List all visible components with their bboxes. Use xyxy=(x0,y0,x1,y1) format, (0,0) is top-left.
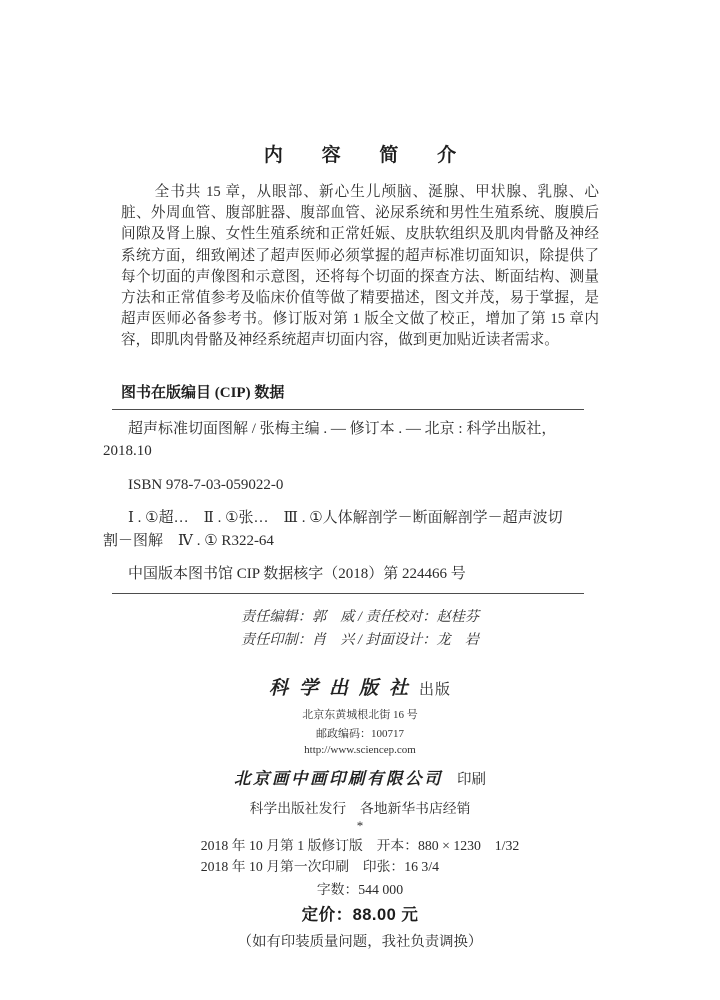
publisher-name: 科学出版社 xyxy=(269,678,419,699)
publisher-address: 北京东黄城根北街 16 号 xyxy=(0,706,720,722)
cip-divider-bottom xyxy=(112,593,584,594)
cip-date-line: 2018.10 xyxy=(103,440,630,463)
content-intro-title: 内 容 简 介 xyxy=(0,0,720,167)
wordcount-line: 字数：544 000 xyxy=(0,878,720,898)
cip-title-line: 超声标准切面图解 / 张梅主编 . — 修订本 . — 北京 : 科学出版社， xyxy=(128,418,630,441)
cip-divider-top xyxy=(112,409,584,410)
cip-isbn-line: ISBN 978-7-03-059022-0 xyxy=(128,474,630,497)
printer-line: 北京画中画印刷有限公司印刷 xyxy=(0,765,720,789)
publisher-name-suffix: 出版 xyxy=(419,682,451,698)
quality-notice-line: （如有印装质量问题，我社负责调换） xyxy=(0,930,720,951)
edition-line: 2018 年 10 月第 1 版修订版 开本：880 × 1230 1/32 xyxy=(201,835,520,857)
publisher-postcode: 邮政编码：100717 xyxy=(0,725,720,741)
price-line: 定价：88.00 元 xyxy=(0,901,720,925)
printer-suffix: 印刷 xyxy=(457,772,486,788)
staff-line-printing: 责任印制：肖 兴 / 封面设计：龙 岩 xyxy=(241,629,479,652)
distribution-line: 科学出版社发行 各地新华书店经销 xyxy=(0,797,720,817)
cip-class-line-2: 割－图解 Ⅳ . ① R322-64 xyxy=(103,530,630,553)
cip-class-line-1: Ⅰ . ①超… Ⅱ . ①张… Ⅲ . ①人体解剖学－断面解剖学－超声波切 xyxy=(128,507,630,530)
staff-credits: 责任编辑：郭 威 / 责任校对：赵桂芬 责任印制：肖 兴 / 封面设计：龙 岩 xyxy=(0,606,720,652)
separator-star: * xyxy=(0,818,720,834)
impression-line: 2018 年 10 月第一次印刷 印张：16 3/4 xyxy=(201,856,520,878)
printer-name: 北京画中画印刷有限公司 xyxy=(234,769,443,788)
publisher-name-line: 科学出版社出版 xyxy=(0,673,720,700)
publisher-website: http://www.sciencep.com xyxy=(0,744,720,756)
content-intro-paragraph: 全书共 15 章，从眼部、新心生儿颅脑、涎腺、甲状腺、乳腺、心脏、外周血管、腹部… xyxy=(121,182,599,352)
cip-record-line: 中国版本图书馆 CIP 数据核字（2018）第 224466 号 xyxy=(128,563,630,586)
cip-header: 图书在版编目 (CIP) 数据 xyxy=(121,381,720,402)
staff-line-editor: 责任编辑：郭 威 / 责任校对：赵桂芬 xyxy=(241,606,479,629)
copyright-page: 内 容 简 介 全书共 15 章，从眼部、新心生儿颅脑、涎腺、甲状腺、乳腺、心脏… xyxy=(0,0,720,1000)
printing-details: 2018 年 10 月第 1 版修订版 开本：880 × 1230 1/32 2… xyxy=(0,835,720,879)
